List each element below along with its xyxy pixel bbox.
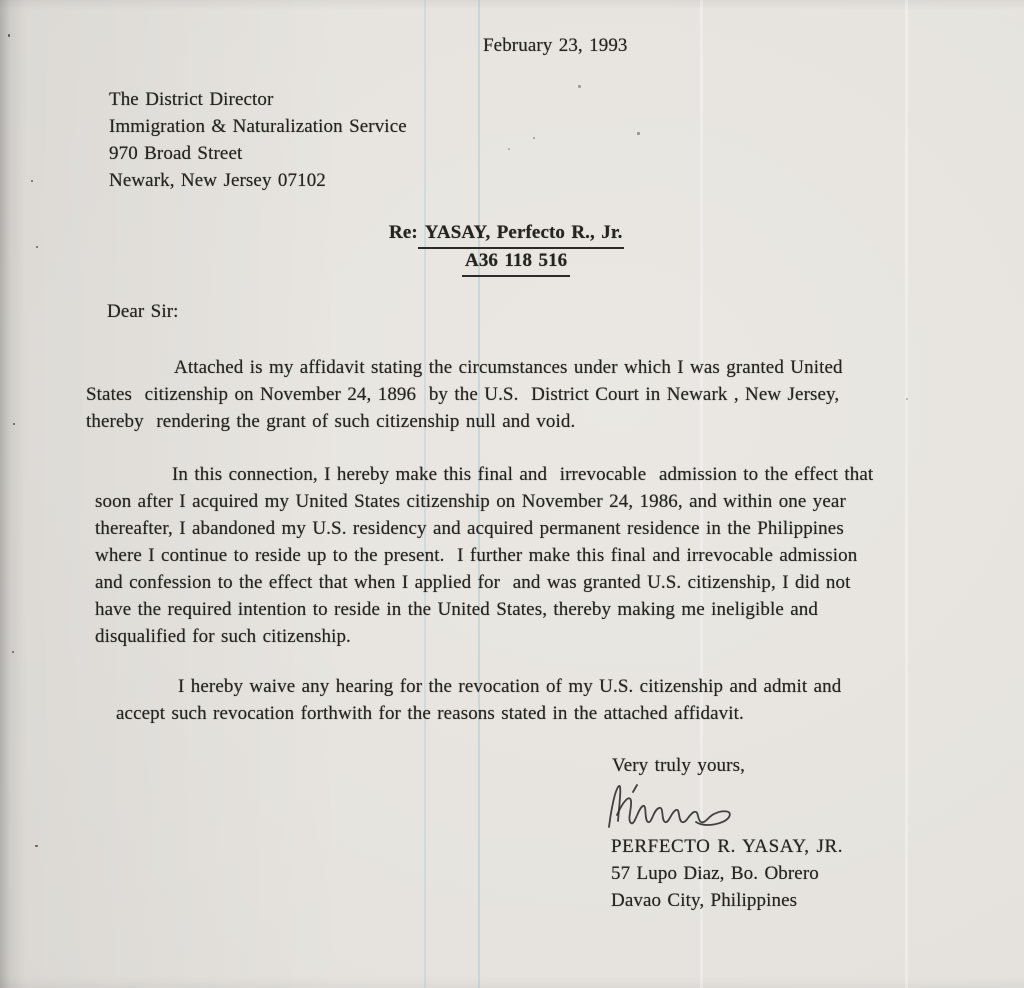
scanned-letter-page: February 23, 1993 The District Director … xyxy=(0,0,1024,988)
subject-prefix: Re: xyxy=(389,222,418,243)
dust-speck xyxy=(508,148,510,150)
dust-speck xyxy=(906,398,908,400)
signatory-address: 57 Lupo Diaz, Bo. Obrero Davao City, Phi… xyxy=(611,860,819,914)
case-number: A36 118 516 xyxy=(462,247,570,277)
body-paragraph-3: I hereby waive any hearing for the revoc… xyxy=(116,673,841,727)
dust-speck xyxy=(31,180,33,182)
scanner-streak-pale xyxy=(905,0,908,988)
letter-date: February 23, 1993 xyxy=(483,32,628,59)
case-number-line: A36 118 516 xyxy=(462,247,570,277)
dust-speck xyxy=(12,651,14,653)
salutation: Dear Sir: xyxy=(107,298,179,325)
dust-speck xyxy=(13,423,15,425)
dust-speck xyxy=(35,845,38,847)
handwritten-signature xyxy=(602,779,772,841)
closing-phrase: Very truly yours, xyxy=(612,752,745,779)
subject-name: YASAY, Perfecto R., Jr. xyxy=(418,219,625,249)
recipient-address: The District Director Immigration & Natu… xyxy=(109,86,407,194)
dust-speck xyxy=(36,246,38,248)
signatory-name: PERFECTO R. YASAY, JR. xyxy=(611,833,843,860)
dust-speck xyxy=(637,132,640,135)
subject-line: Re:YASAY, Perfecto R., Jr. xyxy=(389,219,624,249)
body-paragraph-1: Attached is my affidavit stating the cir… xyxy=(86,354,843,435)
dust-speck xyxy=(533,137,535,139)
body-paragraph-2: In this connection, I hereby make this f… xyxy=(95,461,873,650)
dust-speck xyxy=(578,85,581,88)
dust-speck xyxy=(8,34,10,37)
